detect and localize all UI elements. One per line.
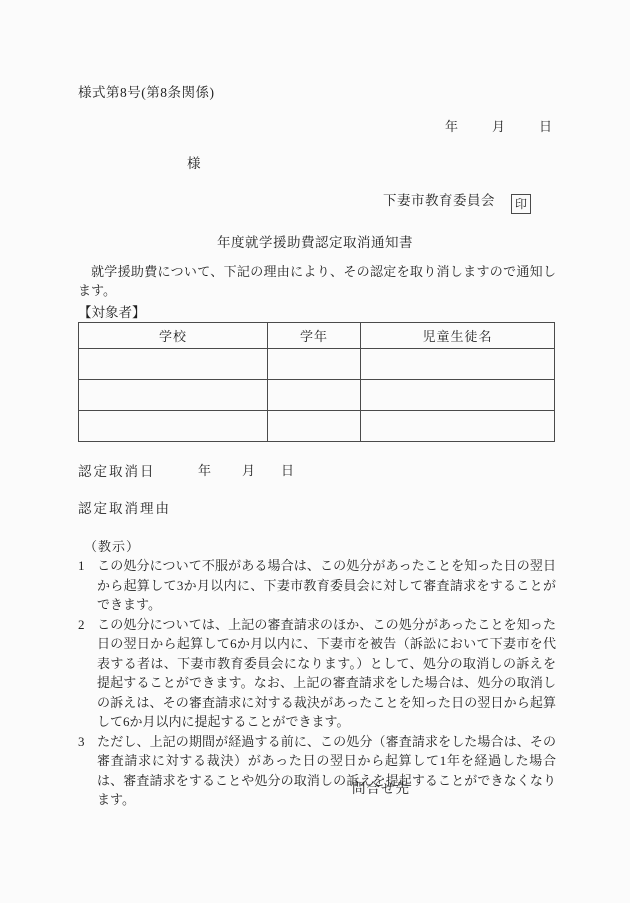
notice-item-3: 3ただし、上記の期間が経過する前に、この処分（審査請求をした場合は、その審査請求…	[78, 732, 556, 810]
cell-school	[79, 380, 268, 411]
subject-table: 学校 学年 児童生徒名	[78, 322, 555, 442]
notice-item-text: この処分について不服がある場合は、この処分があったことを知った日の翌日から起算し…	[97, 558, 556, 612]
notice-item-1: 1この処分について不服がある場合は、この処分があったことを知った日の翌日から起算…	[78, 556, 556, 615]
notice-item-text: ただし、上記の期間が経過する前に、この処分（審査請求をした場合は、その審査請求に…	[97, 734, 556, 808]
document-page: 様式第8号(第8条関係) 年月日 様 下妻市教育委員会印 年度就学援助費認定取消…	[0, 0, 630, 903]
seal-box: 印	[511, 194, 531, 214]
notice-item-2: 2この処分については、上記の審査請求のほか、この処分があったことを知った日の翌日…	[78, 615, 556, 732]
appeal-notice-label: （教示）	[84, 536, 140, 555]
notice-item-number: 2	[78, 615, 97, 635]
cell-student-name	[361, 380, 555, 411]
subject-section-label: 【対象者】	[78, 301, 146, 321]
table-row	[79, 411, 555, 442]
table-row	[79, 380, 555, 411]
issuer-name: 下妻市教育委員会	[383, 193, 495, 208]
issue-date-year-label: 年	[445, 116, 458, 135]
cancel-date-day-label: 日	[281, 460, 294, 479]
column-header-school: 学校	[79, 323, 268, 349]
cell-school	[79, 349, 268, 380]
cancel-date-label: 認定取消日	[78, 460, 156, 480]
cell-student-name	[361, 411, 555, 442]
cell-grade	[268, 411, 361, 442]
addressee-suffix: 様	[187, 152, 201, 172]
seal-character: 印	[515, 195, 527, 212]
column-header-grade: 学年	[268, 323, 361, 349]
notice-item-text: この処分については、上記の審査請求のほか、この処分があったことを知った日の翌日か…	[97, 617, 556, 730]
issue-date-line: 年月日	[445, 116, 552, 135]
issuer-line: 下妻市教育委員会印	[383, 189, 531, 214]
cell-student-name	[361, 349, 555, 380]
cancel-reason-label: 認定取消理由	[78, 497, 171, 517]
column-header-student-name: 児童生徒名	[361, 323, 555, 349]
cancel-date-year-label: 年	[198, 460, 211, 479]
document-title: 年度就学援助費認定取消通知書	[0, 231, 630, 251]
cancel-date-month-label: 月	[242, 460, 255, 479]
form-number: 様式第8号(第8条関係)	[78, 81, 215, 101]
cell-grade	[268, 349, 361, 380]
issue-date-day-label: 日	[539, 116, 552, 135]
intro-paragraph: 就学援助費について、下記の理由により、その認定を取り消しますので通知します。	[78, 262, 556, 300]
cancel-date-line: 認定取消日 年 月 日	[78, 460, 378, 476]
issue-date-month-label: 月	[492, 116, 505, 135]
contact-label: 問合せ先	[352, 777, 410, 797]
appeal-notice-list: 1この処分について不服がある場合は、この処分があったことを知った日の翌日から起算…	[78, 556, 556, 810]
cell-grade	[268, 380, 361, 411]
notice-item-number: 1	[78, 556, 97, 576]
table-header-row: 学校 学年 児童生徒名	[79, 323, 555, 349]
notice-item-number: 3	[78, 732, 97, 752]
cell-school	[79, 411, 268, 442]
table-row	[79, 349, 555, 380]
